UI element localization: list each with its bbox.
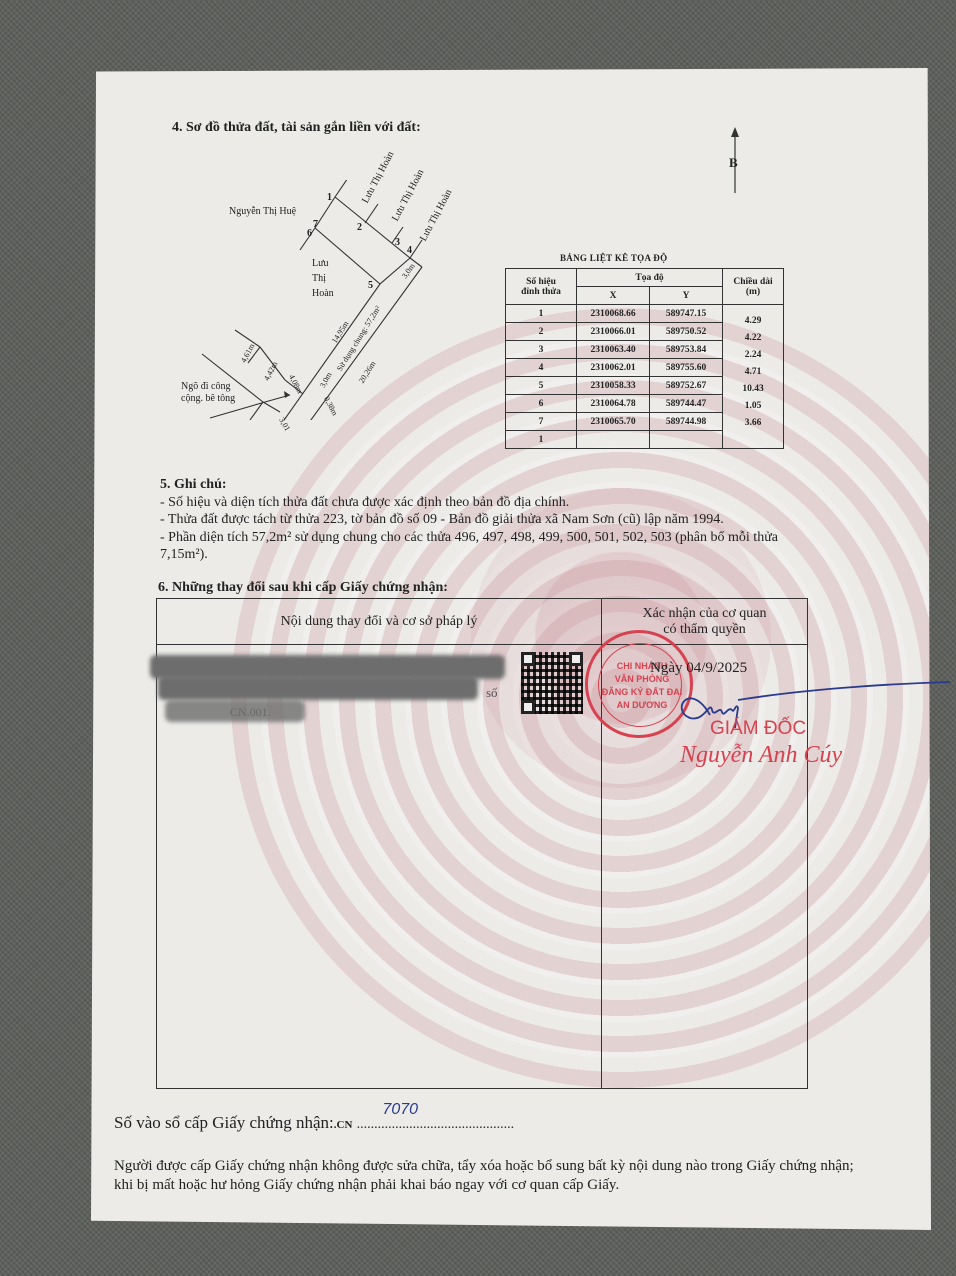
section-5-title: 5. Ghi chú:: [160, 476, 790, 494]
header-length: Chiều dài (m): [723, 269, 784, 305]
segment-length: 1.05: [723, 398, 783, 415]
vertex-6: 6: [307, 228, 312, 239]
section-4-title: 4. Sơ đồ thửa đất, tài sản gắn liền với …: [172, 120, 421, 136]
vertex-1: 1: [327, 192, 332, 203]
north-label: B: [729, 155, 738, 171]
qr-code: [521, 652, 583, 714]
segment-length: 2.24: [723, 347, 783, 364]
coord-cell-x: 2310065.70: [577, 413, 650, 431]
note-1: - Số hiệu và diện tích thửa đất chưa đượ…: [160, 494, 790, 512]
registry-line: Số vào sổ cấp Giấy chứng nhận:.CN 7070 .…: [114, 1113, 514, 1133]
header-y: Y: [650, 287, 723, 305]
vertex-5: 5: [368, 280, 373, 291]
segment-length: 4.29: [723, 313, 783, 330]
notes-section: 5. Ghi chú: - Số hiệu và diện tích thửa …: [160, 476, 790, 564]
coord-cell-x: 2310068.66: [577, 305, 650, 323]
header-x: X: [577, 287, 650, 305]
neighbor-south-l2: Thị: [312, 273, 326, 284]
coord-cell-id: 4: [506, 359, 577, 377]
qr-finder: [521, 700, 535, 714]
length-column: 4.294.222.244.7110.431.053.66: [723, 305, 784, 449]
authority-header-l1: Xác nhận của cơ quan: [603, 606, 806, 622]
note-2: - Thửa đất được tách từ thửa 223, tờ bản…: [160, 511, 790, 529]
coord-cell-y: [650, 431, 723, 449]
coord-cell-id: 1: [506, 431, 577, 449]
segment-length: 4.71: [723, 364, 783, 381]
registry-number: 7070: [382, 1101, 418, 1119]
registry-label: Số vào sổ cấp Giấy chứng nhận:: [114, 1113, 334, 1132]
header-vertex: Số hiệu đỉnh thửa: [506, 269, 577, 305]
qr-finder: [521, 652, 535, 666]
vertex-4: 4: [407, 245, 412, 256]
coord-cell-y: 589755.60: [650, 359, 723, 377]
redaction-bar-2: [158, 676, 478, 700]
coord-cell-x: 2310066.01: [577, 323, 650, 341]
signer-name: Nguyễn Anh Cúy: [680, 742, 842, 769]
qr-finder: [569, 652, 583, 666]
entry-fragment-so: số: [486, 685, 498, 701]
vertex-2: 2: [357, 222, 362, 233]
coord-cell-y: 589744.98: [650, 413, 723, 431]
coord-row: 12310068.66589747.154.294.222.244.7110.4…: [506, 305, 784, 323]
segment-length: 10.43: [723, 381, 783, 398]
coord-table-title: BẢNG LIỆT KÊ TỌA ĐỘ: [560, 253, 667, 263]
section-6-title: 6. Những thay đổi sau khi cấp Giấy chứng…: [158, 580, 448, 596]
segment-length: 4.22: [723, 330, 783, 347]
segment-length: 3.66: [723, 415, 783, 432]
redaction-bar-3: [165, 700, 305, 722]
coord-cell-y: 589744.47: [650, 395, 723, 413]
coord-cell-x: 2310064.78: [577, 395, 650, 413]
coord-cell-id: 5: [506, 377, 577, 395]
header-vertex-l1: Số hiệu: [506, 277, 576, 287]
header-coords: Tọa độ: [577, 269, 723, 287]
coord-cell-x: [577, 431, 650, 449]
coord-cell-id: 3: [506, 341, 577, 359]
coord-cell-y: 589752.67: [650, 377, 723, 395]
footer-warning: Người được cấp Giấy chứng nhận không đượ…: [114, 1157, 859, 1195]
neighbor-south-l3: Hoàn: [312, 288, 334, 299]
coord-cell-id: 7: [506, 413, 577, 431]
coord-cell-y: 589753.84: [650, 341, 723, 359]
coord-table: Số hiệu đỉnh thửa Tọa độ Chiều dài (m) X…: [505, 268, 784, 449]
coord-cell-y: 589747.15: [650, 305, 723, 323]
coord-cell-x: 2310063.40: [577, 341, 650, 359]
coord-cell-id: 2: [506, 323, 577, 341]
alley-label-l1: Ngõ đi công: [181, 381, 230, 392]
neighbor-west: Nguyễn Thị Huệ: [229, 206, 296, 217]
vertex-7: 7: [313, 219, 318, 230]
signer-title: GIÁM ĐỐC: [710, 718, 806, 740]
coord-cell-id: 6: [506, 395, 577, 413]
header-length-l1: Chiều dài: [723, 277, 783, 287]
alley-label-l2: cộng. bê tông: [181, 393, 235, 404]
coord-cell-x: 2310058.33: [577, 377, 650, 395]
registry-prefix: CN: [337, 1119, 353, 1131]
changes-header-content: Nội dung thay đổi và cơ sở pháp lý: [157, 599, 602, 645]
coord-cell-x: 2310062.01: [577, 359, 650, 377]
note-3: - Phần diện tích 57,2m² sử dụng chung ch…: [160, 529, 790, 564]
coord-cell-id: 1: [506, 305, 577, 323]
header-vertex-l2: đỉnh thửa: [506, 287, 576, 297]
registry-dots: ........................................…: [357, 1117, 515, 1132]
vertex-3: 3: [395, 237, 400, 248]
coord-cell-y: 589750.52: [650, 323, 723, 341]
header-length-l2: (m): [723, 287, 783, 297]
neighbor-south-l1: Lưu: [312, 258, 329, 269]
